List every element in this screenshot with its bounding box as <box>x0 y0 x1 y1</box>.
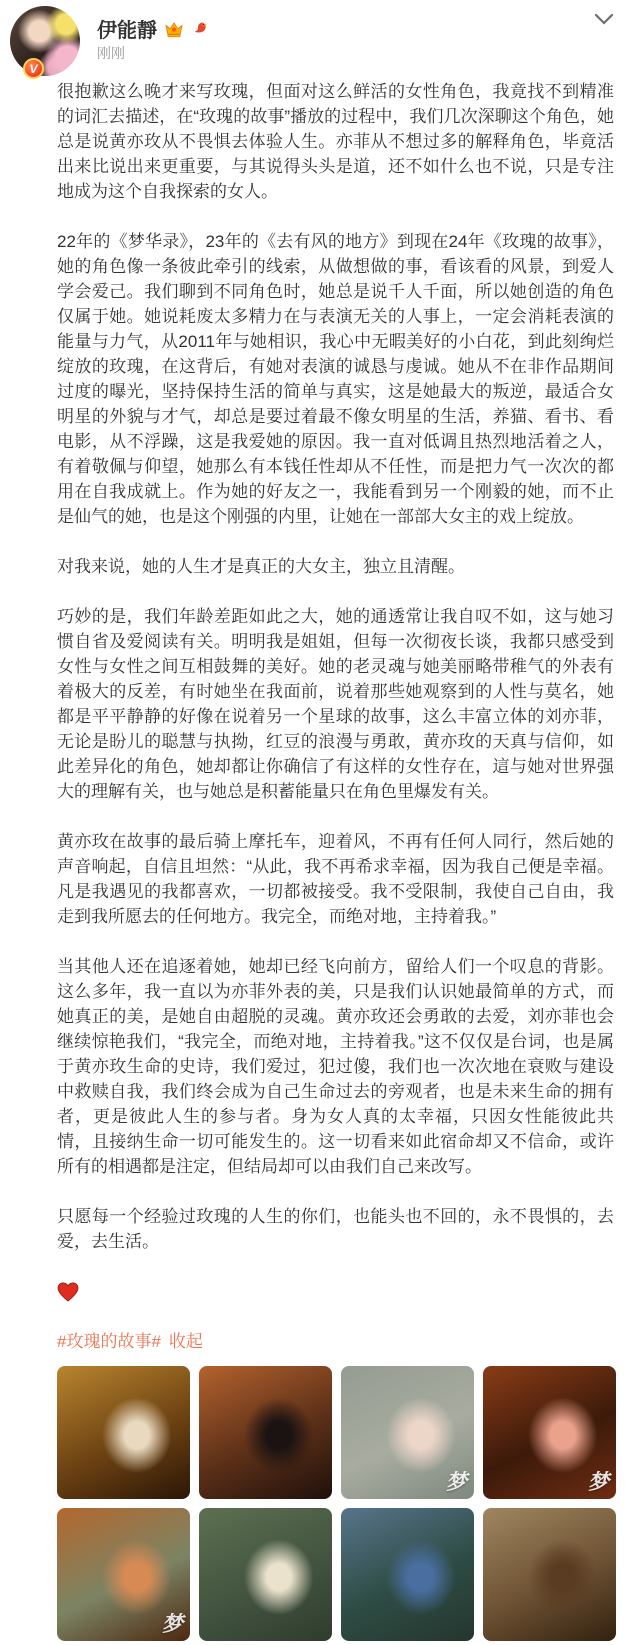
post-image-7[interactable] <box>341 1508 474 1641</box>
collapse-link[interactable]: 收起 <box>169 1332 203 1351</box>
post-paragraph: 黄亦玫在故事的最后骑上摩托车，迎着风，不再有任何人同行，然后她的声音响起，自信且… <box>57 829 614 929</box>
post-image-2[interactable] <box>199 1366 332 1499</box>
chevron-down-icon[interactable] <box>594 12 614 30</box>
crown-badge-icon[interactable] <box>164 20 184 38</box>
post-image-6[interactable] <box>199 1508 332 1641</box>
post-paragraph: 当其他人还在追逐着她，她却已经飞向前方，留给人们一个叹息的背影。这么多年，我一直… <box>57 954 614 1179</box>
author-row: 伊能靜 <box>97 14 208 43</box>
post-image-grid: 梦 梦 梦 <box>0 1354 640 1645</box>
post-image-8[interactable] <box>483 1508 616 1641</box>
post-image-1[interactable] <box>57 1366 190 1499</box>
author-name[interactable]: 伊能靜 <box>97 14 157 43</box>
post-paragraph: 对我来说，她的人生才是真正的大女主，独立且清醒。 <box>57 554 614 579</box>
meng-watermark: 梦 <box>588 1466 609 1496</box>
post-image-5[interactable]: 梦 <box>57 1508 190 1641</box>
post-paragraph: 很抱歉这么晚才来写玫瑰，但面对这么鲜活的女性角色，我竟找不到精准的词汇去描述，在… <box>57 79 614 204</box>
hashtag-link[interactable]: #玫瑰的故事# <box>57 1332 161 1351</box>
weibo-post: V 伊能靜 刚刚 <box>0 0 640 1645</box>
avatar[interactable]: V <box>10 6 80 76</box>
heart-emoji-icon <box>57 1279 614 1304</box>
hashtag-row: #玫瑰的故事#收起 <box>0 1329 640 1354</box>
post-timestamp: 刚刚 <box>97 43 125 63</box>
meng-watermark: 梦 <box>162 1608 183 1638</box>
avatar-image <box>10 6 80 76</box>
post-image-3[interactable]: 梦 <box>341 1366 474 1499</box>
post-body: 很抱歉这么晚才来写玫瑰，但面对这么鲜活的女性角色，我竟找不到精准的词汇去描述，在… <box>0 76 640 1304</box>
red-bird-badge-icon[interactable] <box>191 20 208 37</box>
post-header: V 伊能靜 刚刚 <box>0 0 640 76</box>
post-image-4[interactable]: 梦 <box>483 1366 616 1499</box>
post-paragraph: 只愿每一个经验过玫瑰的人生的你们，也能头也不回的，永不畏惧的，去爱，去生活。 <box>57 1204 614 1254</box>
meng-watermark: 梦 <box>446 1466 467 1496</box>
post-paragraph: 22年的《梦华录》，23年的《去有风的地方》到现在24年《玫瑰的故事》，她的角色… <box>57 229 614 529</box>
verified-v-badge-icon: V <box>23 58 44 79</box>
post-paragraph: 巧妙的是，我们年龄差距如此之大，她的通透常让我自叹不如，这与她习惯自省及爱阅读有… <box>57 604 614 804</box>
